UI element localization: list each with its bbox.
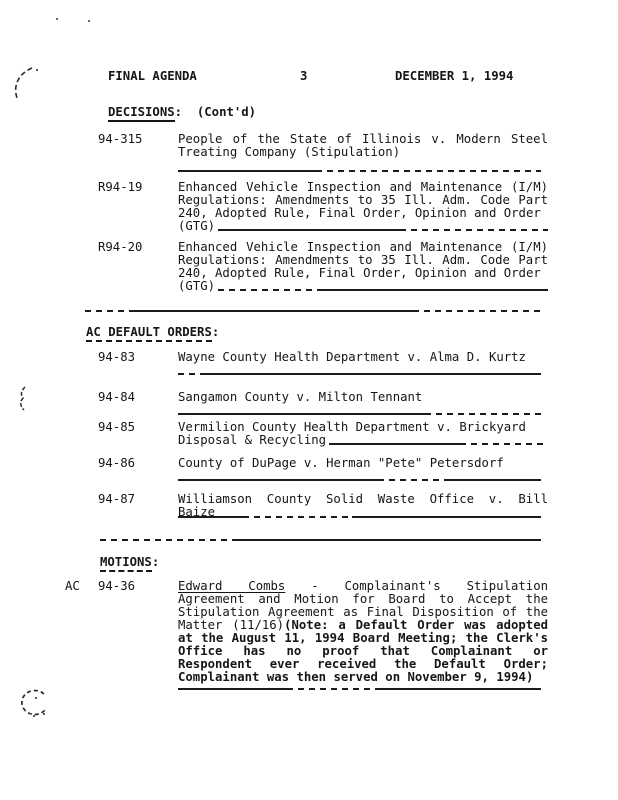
docket-number: 94-86 <box>98 457 135 470</box>
agenda-entry: 94-83 Wayne County Health Department v. … <box>98 351 550 364</box>
rule-line <box>178 516 541 518</box>
entry-tail-row: (GTG) <box>178 280 548 293</box>
heading-text: MOTIONS <box>100 555 152 572</box>
agenda-entry: R94-19 Enhanced Vehicle Inspection and M… <box>98 181 550 233</box>
entry-tail-text: Disposal & Recycling <box>178 434 326 447</box>
docket-number: R94-19 <box>98 181 142 194</box>
speck-dot <box>88 20 90 22</box>
document-date: DECEMBER 1, 1994 <box>395 70 513 83</box>
heading-colon: : <box>175 105 182 119</box>
entry-text: Enhanced Vehicle Inspection and Maintena… <box>178 241 548 280</box>
rule-line <box>218 289 548 291</box>
entry-tail-text: (GTG) <box>178 280 215 293</box>
heading-text: AC DEFAULT ORDERS <box>86 325 212 342</box>
entry-text: County of DuPage v. Herman "Pete" Peters… <box>178 457 548 470</box>
entry-text: Wayne County Health Department v. Alma D… <box>178 351 548 364</box>
page-number: 3 <box>300 70 307 83</box>
entry-text: People of the State of Illinois v. Moder… <box>178 133 548 159</box>
agenda-entry: AC 94-36 Edward Combs - Complainant's St… <box>65 580 550 684</box>
heading-cont: (Cont'd) <box>197 105 256 119</box>
docket-number: 94-315 <box>98 133 142 146</box>
docket-number: 94-84 <box>98 391 135 404</box>
rule-line <box>178 479 541 481</box>
brace-mark <box>16 384 30 414</box>
rule-line <box>178 170 541 172</box>
corner-arc-mark <box>10 64 40 104</box>
party-name: Edward Combs <box>178 579 285 593</box>
heading-colon: : <box>152 555 159 569</box>
docket-number: R94-20 <box>98 241 142 254</box>
entry-tail-row: (GTG) <box>178 220 548 233</box>
entry-text: Edward Combs - Complainant's Stipulation… <box>178 580 548 684</box>
rule-line <box>178 373 541 375</box>
section-heading-ac-default-orders: AC DEFAULT ORDERS: <box>86 326 219 339</box>
section-heading-motions: MOTIONS: <box>100 556 159 569</box>
entry-text: Enhanced Vehicle Inspection and Maintena… <box>178 181 548 220</box>
docket-number: 94-36 <box>98 580 135 593</box>
agenda-entry: 94-315 People of the State of Illinois v… <box>98 133 550 159</box>
rule-line <box>329 443 548 445</box>
rule-line <box>178 688 541 690</box>
entry-tail-text: (GTG) <box>178 220 215 233</box>
heading-text: DECISIONS <box>108 105 175 122</box>
agenda-entry: R94-20 Enhanced Vehicle Inspection and M… <box>98 241 550 293</box>
docket-number: 94-87 <box>98 493 135 506</box>
docket-number: 94-85 <box>98 421 135 434</box>
circular-scribble-mark <box>14 688 52 724</box>
speck-dot <box>56 18 58 20</box>
agenda-entry: 94-84 Sangamon County v. Milton Tennant <box>98 391 550 404</box>
entry-text: Sangamon County v. Milton Tennant <box>178 391 548 404</box>
agenda-entry: 94-85 Vermilion County Health Department… <box>98 421 550 447</box>
section-divider-line <box>100 539 541 541</box>
section-divider-line <box>85 310 541 312</box>
entry-prefix: AC <box>65 580 80 593</box>
heading-colon: : <box>212 325 219 339</box>
document-title: FINAL AGENDA <box>108 70 197 83</box>
rule-line <box>178 413 541 415</box>
scanned-agenda-page: FINAL AGENDA 3 DECEMBER 1, 1994 DECISION… <box>0 0 618 800</box>
rule-line <box>218 229 548 231</box>
entry-tail-row: Disposal & Recycling <box>178 434 548 447</box>
docket-number: 94-83 <box>98 351 135 364</box>
section-heading-decisions: DECISIONS: (Cont'd) <box>108 106 256 119</box>
agenda-entry: 94-86 County of DuPage v. Herman "Pete" … <box>98 457 550 470</box>
